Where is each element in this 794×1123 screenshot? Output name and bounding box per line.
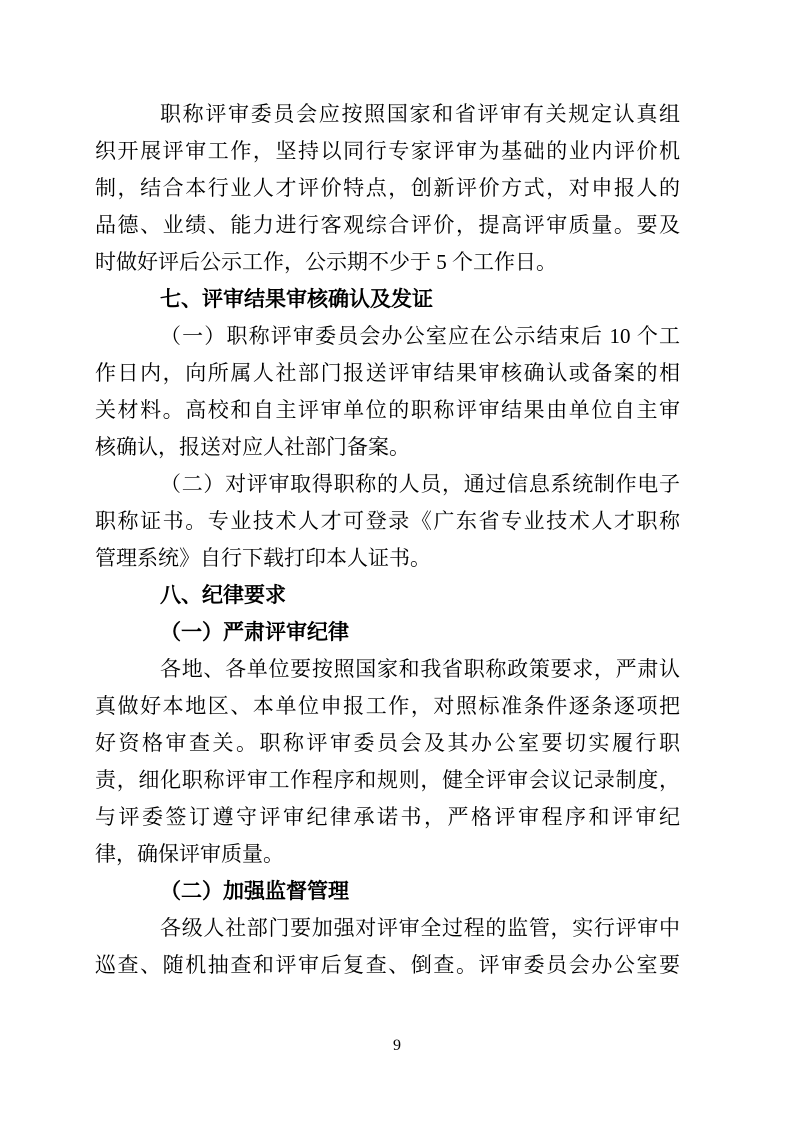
heading-line: （二）加强监督管理 [95, 873, 680, 910]
text-line: 管理系统》自行下载打印本人证书。 [95, 540, 680, 577]
heading-line: 八、纪律要求 [95, 577, 680, 614]
text-line: （二）对评审取得职称的人员，通过信息系统制作电子 [95, 466, 680, 503]
document-body: 职称评审委员会应按照国家和省评审有关规定认真组织开展评审工作，坚持以同行专家评审… [95, 96, 680, 984]
text-line: 关材料。高校和自主评审单位的职称评审结果由单位自主审 [95, 392, 680, 429]
text-line: 各地、各单位要按照国家和我省职称政策要求，严肃认 [95, 651, 680, 688]
text-line: 职称证书。专业技术人才可登录《广东省专业技术人才职称 [95, 503, 680, 540]
text-line: 品德、业绩、能力进行客观综合评价，提高评审质量。要及 [95, 207, 680, 244]
heading-line: （一）严肃评审纪律 [95, 614, 680, 651]
text-line: 各级人社部门要加强对评审全过程的监管，实行评审中 [95, 910, 680, 947]
text-line: 责，细化职称评审工作程序和规则，健全评审会议记录制度， [95, 762, 680, 799]
text-line: 时做好评后公示工作，公示期不少于 5 个工作日。 [95, 244, 680, 281]
text-line: 巡查、随机抽查和评审后复查、倒查。评审委员会办公室要 [95, 947, 680, 984]
text-line: 律，确保评审质量。 [95, 836, 680, 873]
heading-line: 七、评审结果审核确认及发证 [95, 281, 680, 318]
page-number: 9 [393, 1037, 401, 1054]
text-line: 制，结合本行业人才评价特点，创新评价方式，对申报人的 [95, 170, 680, 207]
text-line: （一）职称评审委员会办公室应在公示结束后 10 个工 [95, 318, 680, 355]
text-line: 作日内，向所属人社部门报送评审结果审核确认或备案的相 [95, 355, 680, 392]
page-footer: 9 [0, 1036, 794, 1056]
text-line: 核确认，报送对应人社部门备案。 [95, 429, 680, 466]
text-line: 好资格审查关。职称评审委员会及其办公室要切实履行职 [95, 725, 680, 762]
text-line: 真做好本地区、本单位申报工作，对照标准条件逐条逐项把 [95, 688, 680, 725]
document-page: 职称评审委员会应按照国家和省评审有关规定认真组织开展评审工作，坚持以同行专家评审… [0, 0, 794, 1123]
text-line: 职称评审委员会应按照国家和省评审有关规定认真组 [95, 96, 680, 133]
text-line: 与评委签订遵守评审纪律承诺书，严格评审程序和评审纪 [95, 799, 680, 836]
text-line: 织开展评审工作，坚持以同行专家评审为基础的业内评价机 [95, 133, 680, 170]
